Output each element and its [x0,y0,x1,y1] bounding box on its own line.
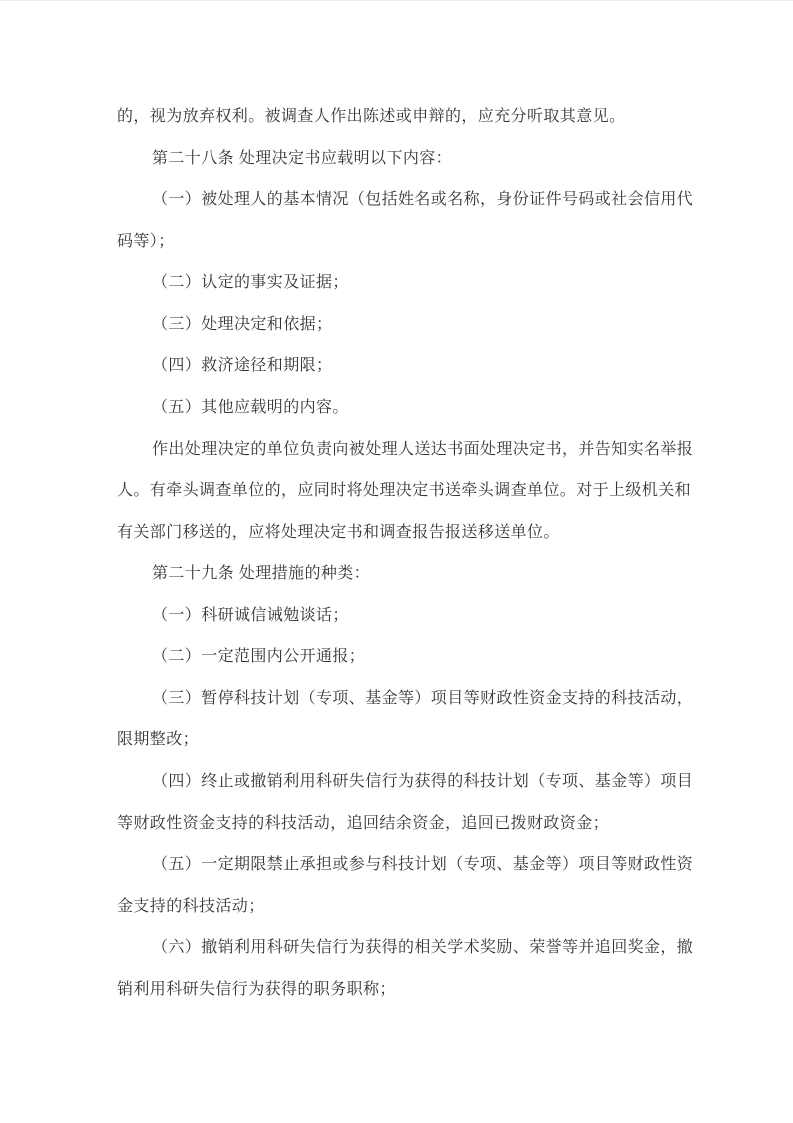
text-line: 限期整改； [117,719,679,761]
text-line: （三）暂停科技计划（专项、基金等）项目等财政性资金支持的科技活动， [117,678,679,720]
text-line: 第二十九条 处理措施的种类： [117,553,679,595]
text-line: 码等）； [117,221,679,263]
text-line: （二）一定范围内公开通报； [117,636,679,678]
text-line: （二）认定的事实及证据； [117,262,679,304]
text-line: （四）终止或撤销利用科研失信行为获得的科技计划（专项、基金等）项目 [117,761,679,803]
text-line: 等财政性资金支持的科技活动，追回结余资金，追回已拨财政资金； [117,803,679,845]
text-line: （四）救济途径和期限； [117,345,679,387]
text-line: 金支持的科技活动； [117,886,679,928]
document-text: 的，视为放弃权利。被调查人作出陈述或申辩的，应充分听取其意见。第二十八条 处理决… [117,96,679,1010]
text-line: 作出处理决定的单位负责向被处理人送达书面处理决定书，并告知实名举报 [117,429,679,471]
text-line: 第二十八条 处理决定书应载明以下内容： [117,138,679,180]
text-line: 有关部门移送的，应将处理决定书和调查报告报送移送单位。 [117,512,679,554]
text-line: （五）一定期限禁止承担或参与科技计划（专项、基金等）项目等财政性资 [117,844,679,886]
document-page: 的，视为放弃权利。被调查人作出陈述或申辩的，应充分听取其意见。第二十八条 处理决… [0,0,793,1123]
text-line: 的，视为放弃权利。被调查人作出陈述或申辩的，应充分听取其意见。 [117,96,679,138]
text-line: 人。有牵头调查单位的，应同时将处理决定书送牵头调查单位。对于上级机关和 [117,470,679,512]
text-line: （一）科研诚信诫勉谈话； [117,595,679,637]
text-line: （五）其他应载明的内容。 [117,387,679,429]
text-line: （六）撤销利用科研失信行为获得的相关学术奖励、荣誉等并追回奖金，撤 [117,927,679,969]
text-line: 销利用科研失信行为获得的职务职称； [117,969,679,1011]
text-line: （三）处理决定和依据； [117,304,679,346]
text-line: （一）被处理人的基本情况（包括姓名或名称，身份证件号码或社会信用代 [117,179,679,221]
